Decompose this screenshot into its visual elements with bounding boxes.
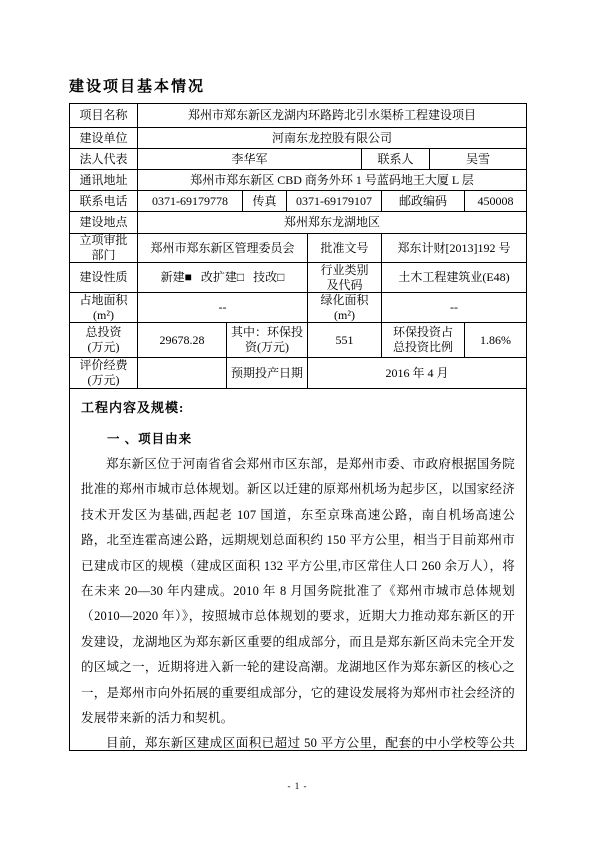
fax-label: 传真: [243, 191, 287, 212]
nature-option-label: 改扩建: [201, 270, 237, 284]
production-date-value: 2016 年 4 月: [308, 358, 527, 389]
info-table: 项目名称 郑州市郑东新区龙湖内环路跨北引水渠桥工程建设项目 建设单位 河南东龙控…: [69, 103, 527, 751]
project-name-label: 项目名称: [70, 104, 138, 128]
row-address: 通讯地址 郑州市郑东新区 CBD 商务外环 1 号蓝码地王大厦 L 层: [70, 170, 527, 191]
nature-value: 新建■ 改扩建□ 技改□: [138, 263, 308, 293]
row-phone: 联系电话 0371-69179778 传真 0371-69179107 邮政编码…: [70, 191, 527, 212]
legal-rep-value: 李华军: [138, 149, 362, 170]
evaluation-fee-label: 评价经费 (万元): [70, 358, 138, 389]
phone-label: 联系电话: [70, 191, 138, 212]
total-investment-value: 29678.28: [138, 323, 227, 358]
phone-value: 0371-69179778: [138, 191, 243, 212]
body-paragraph-1: 郑东新区位于河南省省会郑州市区东部，是郑州市委、市政府根据国务院批准的郑州市城市…: [81, 452, 515, 731]
nature-checkbox-group: 新建■ 改扩建□ 技改□: [161, 270, 285, 285]
contact-person-value: 吴雪: [430, 149, 527, 170]
row-evaluation-fee: 评价经费 (万元) 预期投产日期 2016 年 4 月: [70, 358, 527, 389]
location-value: 郑州郑东龙湖地区: [138, 212, 527, 234]
construction-unit-value: 河南东龙控股有限公司: [138, 128, 527, 149]
section1-title: 一 、项目由来: [81, 429, 515, 447]
env-ratio-value: 1.86%: [465, 323, 527, 358]
land-area-label: 占地面积 (m²): [70, 293, 138, 323]
checked-box-icon: ■: [185, 270, 192, 284]
row-project-name: 项目名称 郑州市郑东新区龙湖内环路跨北引水渠桥工程建设项目: [70, 104, 527, 128]
row-location: 建设地点 郑州郑东龙湖地区: [70, 212, 527, 234]
approval-dept-label: 立项审批 部门: [70, 234, 138, 263]
industry-category-label: 行业类别 及代码: [308, 263, 382, 293]
checkbox-new-construction: 新建■: [161, 270, 192, 285]
nature-label: 建设性质: [70, 263, 138, 293]
fax-value: 0371-69179107: [287, 191, 382, 212]
project-content-cell: 工程内容及规模: 一 、项目由来 郑东新区位于河南省省会郑州市区东部，是郑州市委…: [70, 389, 527, 751]
construction-unit-label: 建设单位: [70, 128, 138, 149]
industry-category-value: 土木工程建筑业(E48): [382, 263, 527, 293]
address-value: 郑州市郑东新区 CBD 商务外环 1 号蓝码地王大厦 L 层: [138, 170, 527, 191]
env-ratio-label: 环保投资占 总投资比例: [382, 323, 465, 358]
project-name-value: 郑州市郑东新区龙湖内环路跨北引水渠桥工程建设项目: [138, 104, 527, 128]
unchecked-box-icon: □: [237, 270, 244, 284]
checkbox-technical-upgrade: 技改□: [253, 270, 284, 285]
legal-rep-label: 法人代表: [70, 149, 138, 170]
approval-doc-value: 郑东计财[2013]192 号: [382, 234, 527, 263]
row-construction-unit: 建设单位 河南东龙控股有限公司: [70, 128, 527, 149]
unchecked-box-icon: □: [277, 270, 284, 284]
location-label: 建设地点: [70, 212, 138, 234]
document-title: 建设项目基本情况: [69, 75, 205, 96]
row-project-content: 工程内容及规模: 一 、项目由来 郑东新区位于河南省省会郑州市区东部，是郑州市委…: [70, 389, 527, 751]
contact-person-label: 联系人: [362, 149, 430, 170]
env-investment-label: 其中：环保投 资(万元): [227, 323, 308, 358]
checkbox-expansion: 改扩建□: [201, 270, 244, 285]
postal-code-label: 邮政编码: [382, 191, 465, 212]
green-area-value: --: [382, 293, 527, 323]
page-number: - 1 -: [0, 781, 595, 791]
body-paragraph-2: 目前，郑东新区建成区面积已超过 50 平方公里，配套的中小学校等公共设施已投入使…: [81, 731, 515, 751]
production-date-label: 预期投产日期: [227, 358, 308, 389]
document-page: { "doc": { "title": "建设项目基本情况", "page_nu…: [0, 0, 595, 841]
nature-option-label: 新建: [161, 270, 185, 284]
address-label: 通讯地址: [70, 170, 138, 191]
row-construction-nature: 建设性质 新建■ 改扩建□ 技改□ 行业类别 及代码 土木工程建筑业(E48): [70, 263, 527, 293]
content-heading: 工程内容及规模:: [81, 397, 515, 416]
row-approval-department: 立项审批 部门 郑州市郑东新区管理委员会 批准文号 郑东计财[2013]192 …: [70, 234, 527, 263]
row-total-investment: 总投资 (万元) 29678.28 其中：环保投 资(万元) 551 环保投资占…: [70, 323, 527, 358]
approval-dept-value: 郑州市郑东新区管理委员会: [138, 234, 308, 263]
postal-code-value: 450008: [465, 191, 527, 212]
nature-option-label: 技改: [253, 270, 277, 284]
evaluation-fee-value: [138, 358, 227, 389]
land-area-value: --: [138, 293, 308, 323]
env-investment-value: 551: [308, 323, 382, 358]
total-investment-label: 总投资 (万元): [70, 323, 138, 358]
row-legal-representative: 法人代表 李华军 联系人 吴雪: [70, 149, 527, 170]
approval-doc-label: 批准文号: [308, 234, 382, 263]
row-land-area: 占地面积 (m²) -- 绿化面积 (m²) --: [70, 293, 527, 323]
green-area-label: 绿化面积 (m²): [308, 293, 382, 323]
